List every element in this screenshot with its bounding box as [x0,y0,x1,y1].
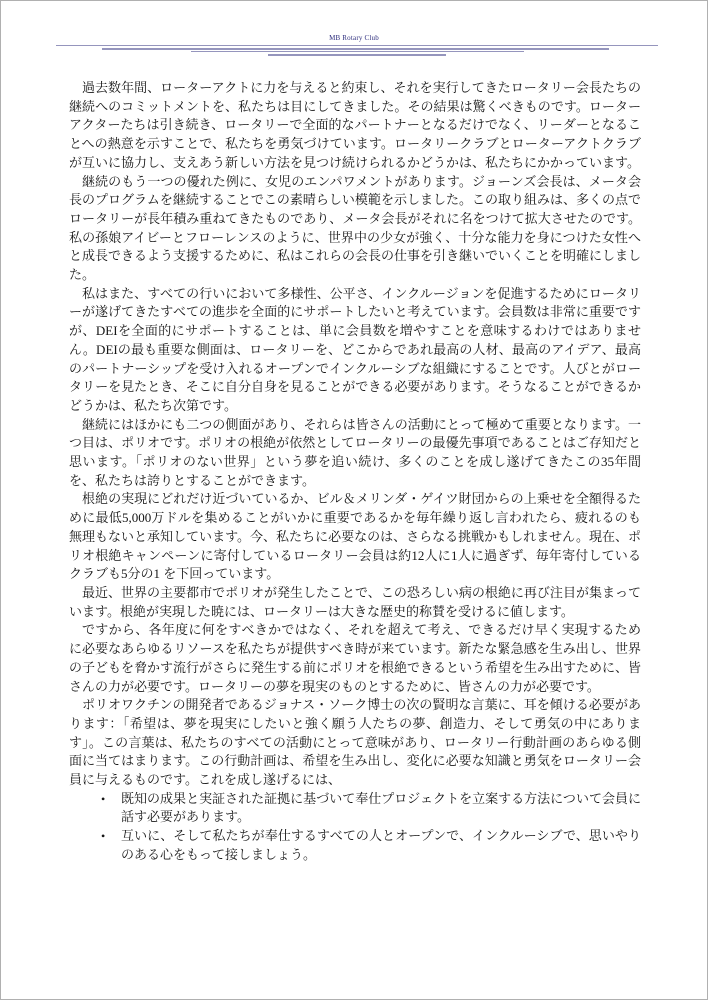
header-divider-line-3 [191,51,524,52]
header-divider-line-1 [56,45,658,46]
header-divider-line-2 [102,48,609,50]
document-page: MB Rotary Club 過去数年間、ローターアクトに力を与えると約束し、そ… [0,0,708,1000]
paragraph-dei-support: 私はまた、すべての行いにおいて多様性、公平さ、インクルージョンを促進するためにロ… [69,285,641,416]
bullet-icon: • [101,827,105,846]
document-body: 過去数年間、ローターアクトに力を与えると約束し、それを実行してきたロータリー会長… [69,79,641,865]
paragraph-gates-foundation: 根絶の実現にどれだけ近づいているか、ビル＆メリンダ・ゲイツ財団からの上乗せを全額… [69,490,641,584]
action-bullet-list: • 既知の成果と実証された証拠に基づいて奉仕プロジェクトを立案する方法について会… [69,790,641,865]
paragraph-rotaract-commitment: 過去数年間、ローターアクトに力を与えると約束し、それを実行してきたロータリー会長… [69,79,641,173]
header-divider-line-4 [268,54,446,56]
list-item: • 既知の成果と実証された証拠に基づいて奉仕プロジェクトを立案する方法について会… [69,790,641,827]
paragraph-salk-quote: ポリオワクチンの開発者であるジョナス・ソーク博士の次の賢明な言葉に、耳を傾ける必… [69,696,641,790]
paragraph-resources-urgency: ですから、各年度に何をすべきかではなく、それを超えて考え、できるだけ早く実現する… [69,621,641,696]
bullet-text: 既知の成果と実証された証拠に基づいて奉仕プロジェクトを立案する方法について会員に… [121,791,641,825]
paragraph-polio-priority: 継続にはほかにも二つの側面があり、それらは皆さんの活動にとって極めて重要となりま… [69,416,641,491]
bullet-text: 互いに、そして私たちが奉仕するすべての人とオープンで、インクルーシブで、思いやり… [121,828,641,862]
bullet-icon: • [101,790,105,809]
list-item: • 互いに、そして私たちが奉仕するすべての人とオープンで、インクルーシブで、思い… [69,827,641,864]
header-club-name: MB Rotary Club [1,34,707,42]
paragraph-polio-outbreak: 最近、世界の主要都市でポリオが発生したことで、この恐ろしい病の根絶に再び注目が集… [69,584,641,621]
paragraph-girls-empowerment: 継続のもう一つの優れた例に、女児のエンパワメントがあります。ジョーンズ会長は、メ… [69,173,641,285]
